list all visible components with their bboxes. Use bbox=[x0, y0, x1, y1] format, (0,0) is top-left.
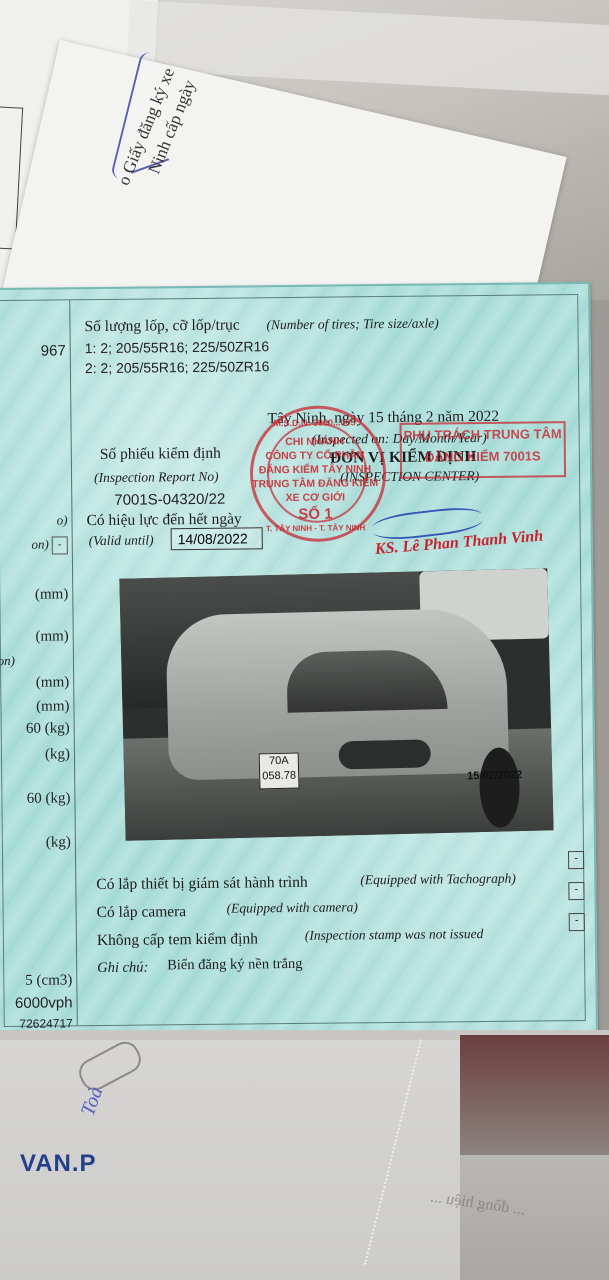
spec-unit: (mm) bbox=[35, 628, 69, 645]
equipment-label: Có lắp thiết bị giám sát hành trình bbox=[96, 874, 308, 894]
left-column-specs: 967 o) on)- (mm) (mm) on) (mm) (mm) 60 (… bbox=[0, 300, 77, 1026]
certificate-frame: 967 o) on)- (mm) (mm) on) (mm) (mm) 60 (… bbox=[0, 294, 586, 1027]
note-label: Ghi chú: bbox=[97, 960, 148, 978]
stamp-text: M.S.D.N: 3900...005 bbox=[249, 417, 379, 428]
stamp-text: XE CƠ GIỚI bbox=[250, 491, 380, 504]
stamp-text: CÔNG TY CỔ PHẦN bbox=[250, 449, 380, 462]
stamp-text: ĐĂNG KIỂM TÂY NINH bbox=[250, 463, 380, 476]
equipment-label-en: (Equipped with Tachograph) bbox=[360, 871, 516, 889]
spec-unit: 60 (kg) bbox=[27, 790, 71, 807]
valid-until-label-en: (Valid until) bbox=[89, 532, 154, 549]
photo-car-taillight bbox=[338, 739, 431, 769]
equipment-checkbox: - bbox=[569, 913, 585, 931]
equipment-label-en: (Equipped with camera) bbox=[227, 899, 358, 916]
spec-label-fragment: o) bbox=[57, 512, 68, 528]
plate-line: 70A bbox=[260, 753, 298, 769]
spec-value: 967 bbox=[41, 342, 66, 359]
spec-unit: (mm) bbox=[36, 698, 70, 715]
photo-date-stamp: 15/02/2022 bbox=[467, 769, 522, 782]
rectangular-title-stamp: PHỤ TRÁCH TRUNG TÂM ĐĂNG KIỂM 7001S bbox=[400, 421, 567, 479]
spec-unit: 5 (cm3) bbox=[25, 972, 72, 989]
valid-until-date: 14/08/2022 bbox=[171, 527, 263, 550]
stamp-text: PHỤ TRÁCH TRUNG TÂM bbox=[402, 423, 564, 447]
equipment-checkbox: - bbox=[568, 851, 584, 869]
spec-label-fragment: on)- bbox=[31, 536, 68, 554]
plate-line: 058.78 bbox=[260, 768, 298, 784]
stamp-text: TRUNG TÂM ĐĂNG KIỂM bbox=[250, 477, 380, 490]
spec-unit: (mm) bbox=[36, 674, 70, 691]
report-number: 7001S-04320/22 bbox=[114, 491, 225, 509]
equipment-checkbox: - bbox=[568, 882, 584, 900]
license-plate: 70A 058.78 bbox=[259, 752, 300, 789]
note-text: Biển đăng ký nền trắng bbox=[167, 956, 302, 974]
spec-unit: (mm) bbox=[35, 586, 69, 603]
stamp-text: T. TÂY NINH - T. TÂY NINH bbox=[251, 523, 381, 533]
stamp-text: SỐ 1 bbox=[250, 505, 380, 523]
equipment-label: Không cấp tem kiểm định bbox=[97, 930, 258, 950]
spec-unit: (kg) bbox=[46, 834, 71, 851]
spec-value: 72624717 bbox=[19, 1016, 73, 1031]
spec-unit: 60 (kg) bbox=[26, 720, 70, 737]
equipment-label: Có lắp camera bbox=[97, 903, 187, 922]
right-column-inspection: Số lượng lốp, cỡ lốp/trục (Number of tir… bbox=[70, 295, 585, 1025]
inspection-certificate-card: 967 o) on)- (mm) (mm) on) (mm) (mm) 60 (… bbox=[0, 282, 598, 1040]
stamp-text: ĐĂNG KIỂM 7001S bbox=[402, 445, 564, 469]
tires-axle-1: 1: 2; 205/55R16; 225/50ZR16 bbox=[85, 338, 270, 356]
spec-unit: (kg) bbox=[45, 746, 70, 763]
background-label: VAN.P bbox=[20, 1150, 97, 1178]
report-number-label-en: (Inspection Report No) bbox=[94, 469, 219, 486]
stamp-text: CHI NHÁNH bbox=[250, 435, 380, 448]
tires-label-en: (Number of tires; Tire size/axle) bbox=[266, 315, 438, 333]
equipment-label-en: (Inspection stamp was not issued bbox=[305, 926, 484, 944]
report-number-label: Số phiếu kiểm định bbox=[100, 445, 221, 464]
tires-axle-2: 2: 2; 205/55R16; 225/50ZR16 bbox=[85, 358, 270, 376]
photo-car: 70A 058.78 bbox=[165, 607, 509, 780]
photo-car-window bbox=[286, 649, 447, 713]
tires-label: Số lượng lốp, cỡ lốp/trục bbox=[84, 317, 239, 337]
spec-checkbox: - bbox=[52, 536, 68, 554]
spec-label-fragment: on) bbox=[0, 653, 15, 669]
vehicle-photo: 70A 058.78 15/02/2022 bbox=[119, 568, 553, 840]
background-dark-area bbox=[460, 1035, 609, 1155]
spec-value: 6000vph bbox=[15, 994, 73, 1012]
